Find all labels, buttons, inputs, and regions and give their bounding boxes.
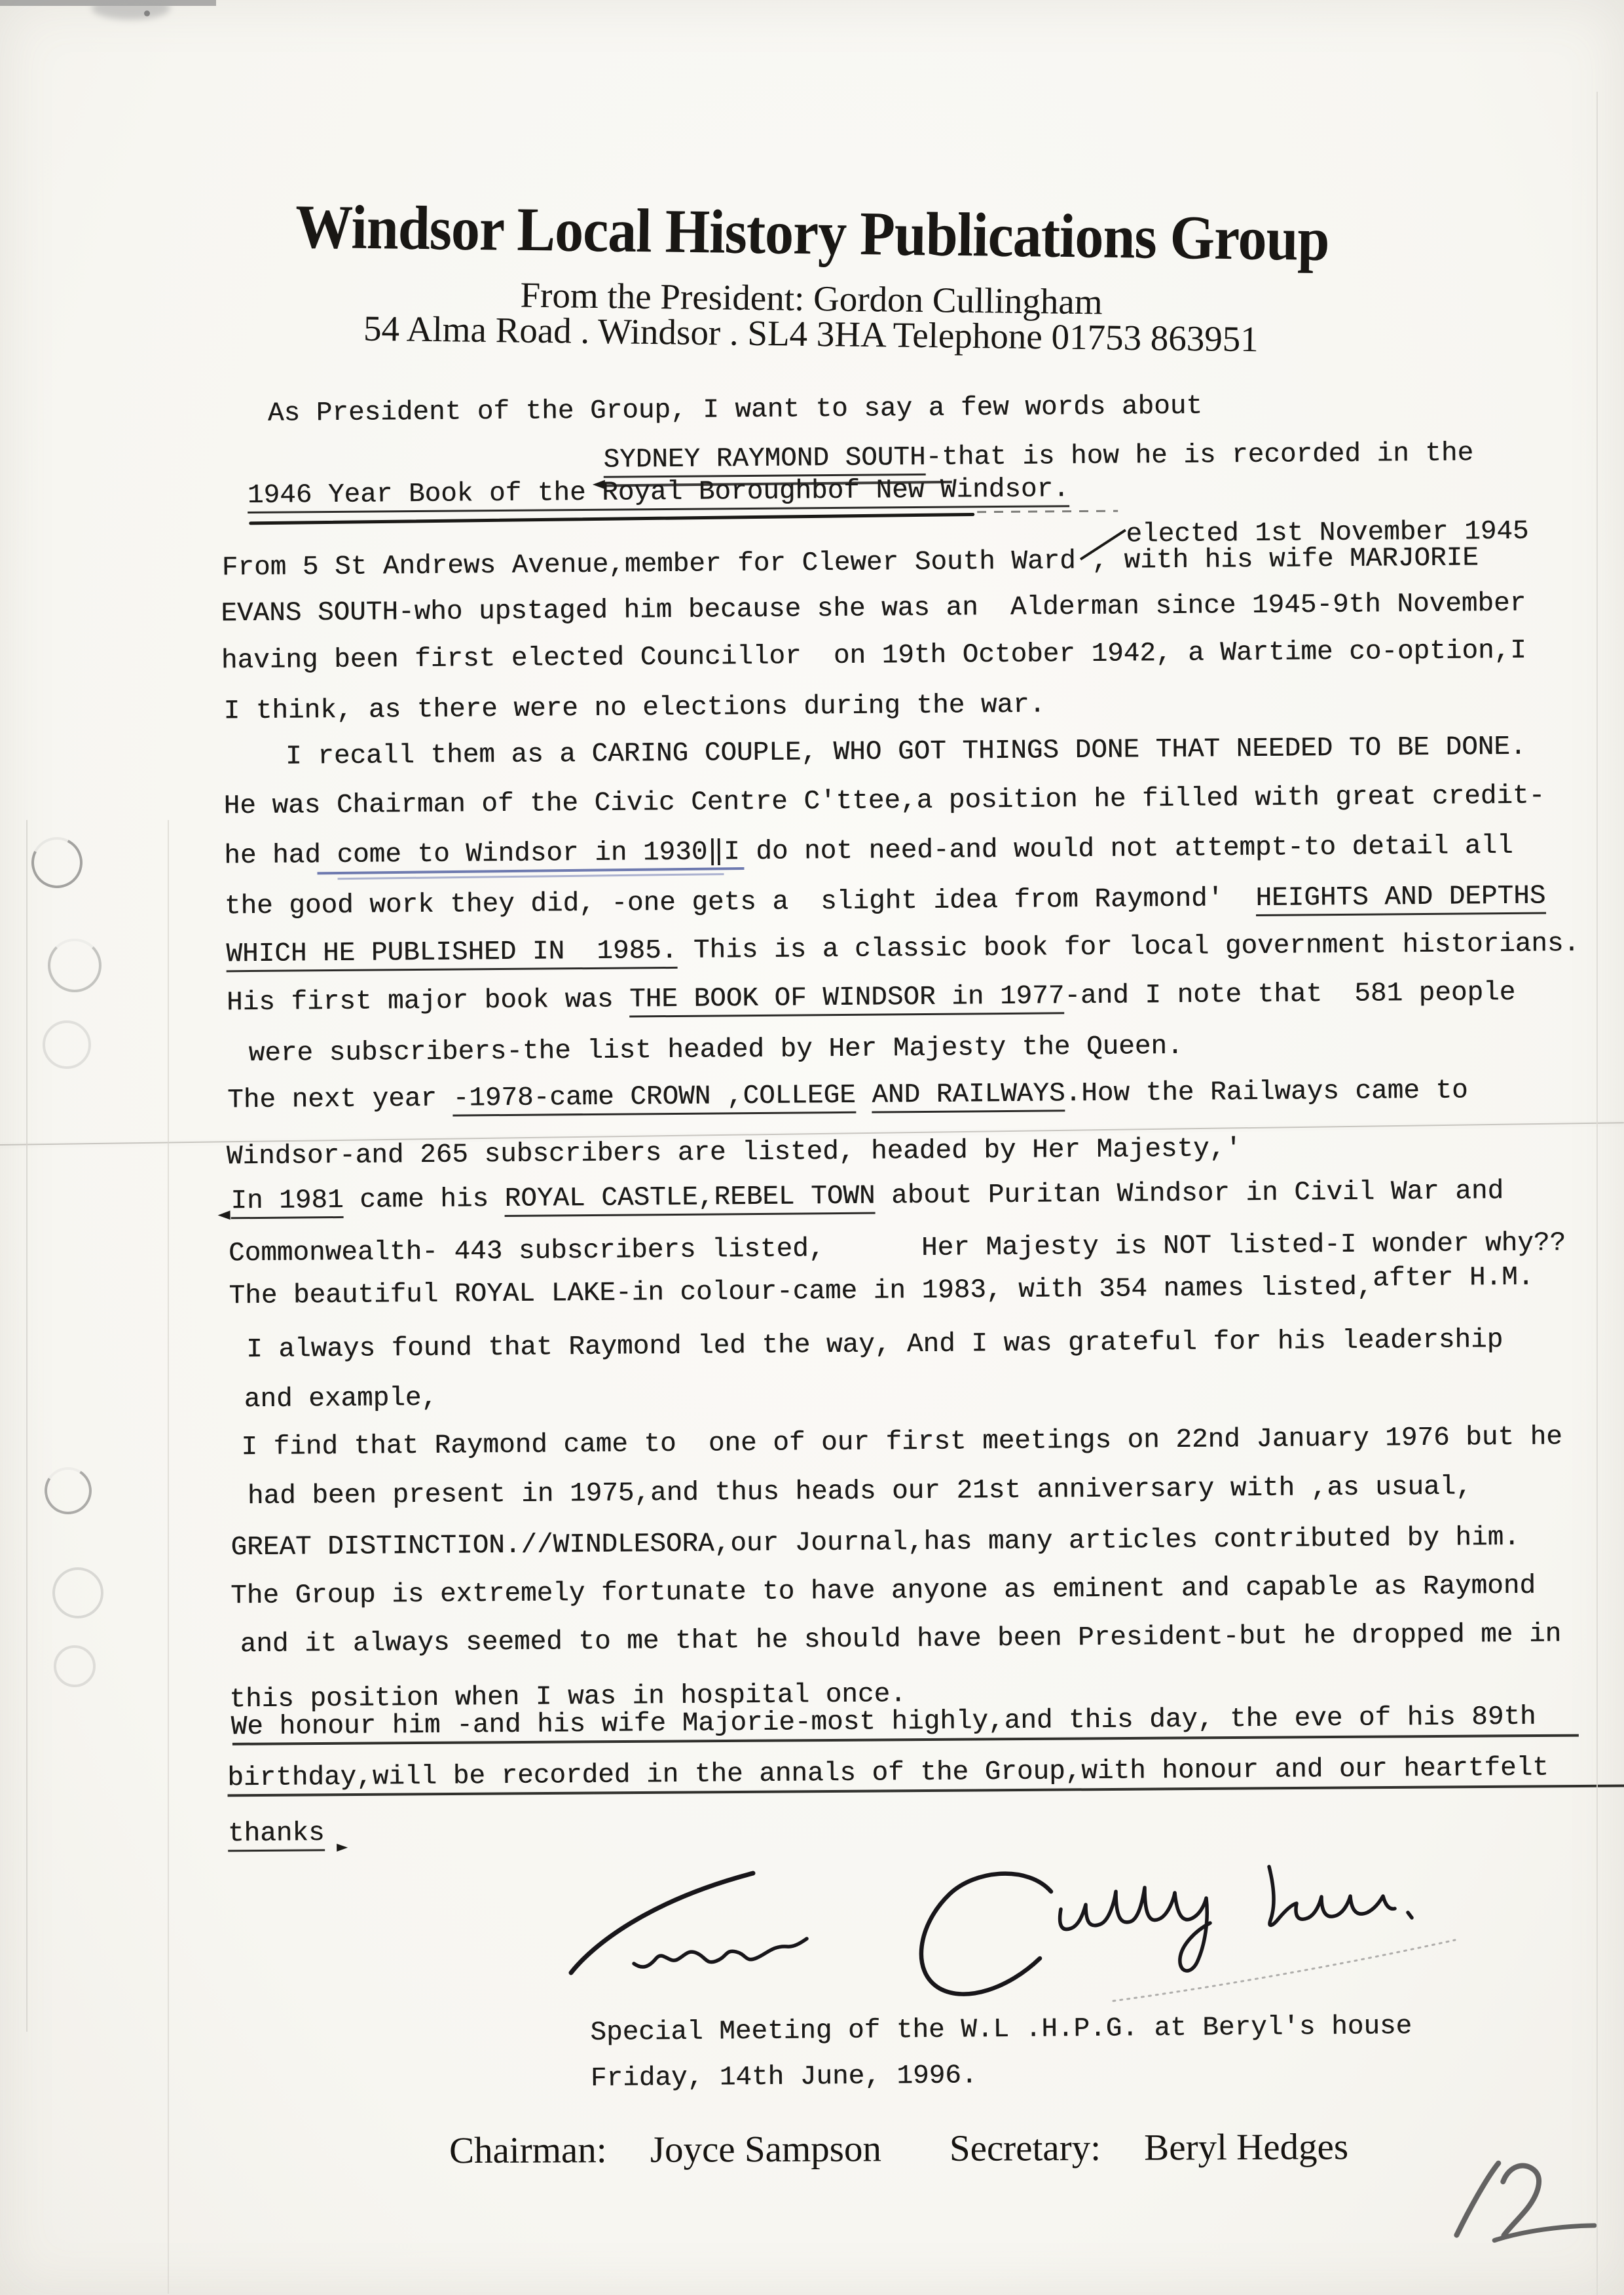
text-segment: -1978-came CROWN ,COLLEGE <box>452 1081 855 1117</box>
typed-line: Commonwealth- 443 subscribers listed, He… <box>229 1230 1566 1267</box>
handwritten-page-number <box>1438 2157 1605 2255</box>
typed-line: In 1981 came his ROYAL CASTLE,REBEL TOWN… <box>231 1178 1504 1215</box>
text-segment: EVANS SOUTH-who upstaged him because she… <box>221 589 1526 629</box>
text-segment: having been first elected Councillor on … <box>221 636 1526 677</box>
text-segment: thanks <box>228 1818 325 1852</box>
scan-right-edge-line <box>1596 92 1598 2295</box>
text-segment: Commonwealth- 443 subscribers listed, He… <box>229 1228 1566 1269</box>
hole-punch-mark <box>43 1020 91 1069</box>
hole-punch-mark <box>54 1645 96 1687</box>
officers-line: Chairman: Joyce SampsonSecretary: Beryl … <box>449 2125 1416 2172</box>
text-segment: His first major book was <box>227 984 629 1018</box>
text-segment: I think, as there were no elections duri… <box>223 690 1045 726</box>
text-segment: As President of the Group, I want to say… <box>268 392 1202 429</box>
text-segment: In 1981 <box>231 1185 344 1219</box>
text-segment: This is a classic book for local governm… <box>677 929 1579 966</box>
text-segment: From 5 St Andrews Avenue,member for Clew… <box>222 543 1479 583</box>
chairman-label: Chairman: <box>449 2129 607 2171</box>
text-segment: HEIGHTS AND DEPTHS <box>1255 882 1545 916</box>
pen-arrow-right-thanks <box>337 1844 348 1852</box>
text-segment: the good work they did, -one gets a slig… <box>225 884 1256 922</box>
text-segment <box>856 1081 872 1111</box>
chairman-name: Joyce Sampson <box>650 2128 881 2171</box>
hole-punch-mark <box>52 1567 103 1618</box>
typed-line: The Group is extremely fortunate to have… <box>231 1573 1536 1611</box>
closing-line-1: Special Meeting of the W.L .H.P.G. at Be… <box>590 2013 1412 2047</box>
typed-line: Windsor-and 265 subscribers are listed, … <box>227 1136 1242 1170</box>
text-segment: and it always seemed to me that he shoul… <box>240 1619 1562 1660</box>
text-segment: GREAT DISTINCTION.//WINDLESORA,our Journ… <box>231 1523 1520 1563</box>
text-segment: The Group is extremely fortunate to have… <box>231 1571 1536 1612</box>
text-segment: I find that Raymond came to one of our f… <box>241 1422 1562 1463</box>
scan-speck <box>144 10 150 16</box>
text-segment: 1946 Year Book of the Royal Boroughbof N… <box>248 474 1069 513</box>
text-segment: ROYAL CASTLE,REBEL TOWN <box>505 1182 876 1217</box>
closing-line-2: Friday, 14th June, 1996. <box>591 2062 978 2093</box>
pen-underline-1946-dashes <box>977 510 1118 513</box>
tape-patch-right-edge <box>168 820 169 2294</box>
typed-line: thanks <box>228 1820 325 1848</box>
typed-line: His first major book was THE BOOK OF WIN… <box>227 980 1516 1017</box>
typed-line: I always found that Raymond led the way,… <box>246 1327 1503 1364</box>
typed-line: I think, as there were no elections duri… <box>223 692 1045 725</box>
typed-line: 1946 Year Book of the Royal Boroughbof N… <box>248 476 1069 510</box>
typed-line: He was Chairman of the Civic Centre C'tt… <box>224 783 1545 821</box>
text-segment: were subscribers-the list headed by Her … <box>248 1032 1183 1069</box>
typed-line: From 5 St Andrews Avenue,member for Clew… <box>222 545 1479 582</box>
typed-line: and example, <box>244 1385 438 1413</box>
text-segment: The next year <box>227 1084 453 1116</box>
text-segment: and example, <box>244 1383 438 1415</box>
typed-line: I recall them as a CARING COUPLE, WHO GO… <box>286 734 1526 771</box>
text-segment: -and I note that 581 people <box>1064 978 1515 1011</box>
text-segment: he had come to Windsor in 1930‖I do not … <box>224 831 1513 871</box>
signature <box>557 1860 1473 2004</box>
text-segment: Special Meeting of the W.L .H.P.G. at Be… <box>590 2011 1412 2048</box>
secretary-label: Secretary: <box>950 2127 1101 2169</box>
typed-line: and it always seemed to me that he shoul… <box>240 1621 1562 1658</box>
typed-line: had been present in 1975,and thus heads … <box>248 1474 1472 1510</box>
typed-line: WHICH HE PUBLISHED IN 1985. This is a cl… <box>226 931 1579 968</box>
typed-line: he had come to Windsor in 1930‖I do not … <box>224 833 1513 870</box>
text-segment: He was Chairman of the Civic Centre C'tt… <box>224 781 1545 822</box>
typed-line: were subscribers-the list headed by Her … <box>248 1034 1183 1068</box>
text-segment: SYDNEY RAYMOND SOUTH <box>603 443 925 478</box>
typed-line: As President of the Group, I want to say… <box>268 394 1202 428</box>
pen-arrow-left-in-1981 <box>218 1210 231 1220</box>
text-segment: I recall them as a CARING COUPLE, WHO GO… <box>286 732 1526 772</box>
pen-underline-1946-yearbook <box>249 513 974 525</box>
typed-line: SYDNEY RAYMOND SOUTH-that is how he is r… <box>603 440 1473 474</box>
typed-line: having been first elected Councillor on … <box>221 638 1526 675</box>
typed-line: EVANS SOUTH-who upstaged him because she… <box>221 591 1526 628</box>
typed-line: The beautiful ROYAL LAKE-in colour-came … <box>229 1273 1534 1311</box>
text-segment: after H.M. <box>1373 1263 1534 1294</box>
secretary-name: Beryl Hedges <box>1144 2126 1348 2168</box>
text-segment: The beautiful ROYAL LAKE-in colour-came … <box>229 1273 1373 1312</box>
hole-punch-mark <box>48 939 101 992</box>
text-segment: about Puritan Windsor in Civil War and <box>875 1176 1504 1212</box>
text-segment: -that is how he is recorded in the <box>925 438 1473 473</box>
blue-pen-underline-2 <box>338 873 724 880</box>
typed-line: The next year -1978-came CROWN ,COLLEGE … <box>227 1077 1468 1114</box>
scanned-letter-page: Windsor Local History Publications Group… <box>0 0 1624 2295</box>
typed-line: I find that Raymond came to one of our f… <box>241 1424 1562 1461</box>
tape-patch-left-edge <box>26 820 28 2032</box>
text-segment: .How the Railways came to <box>1065 1075 1467 1109</box>
typed-line: GREAT DISTINCTION.//WINDLESORA,our Journ… <box>231 1525 1520 1561</box>
text-segment: had been present in 1975,and thus heads … <box>248 1472 1472 1512</box>
text-segment: THE BOOK OF WINDSOR in 1977 <box>629 981 1065 1017</box>
text-segment: Friday, 14th June, 1996. <box>591 2061 978 2094</box>
typed-line: the good work they did, -one gets a slig… <box>225 884 1546 921</box>
text-segment: AND RAILWAYS <box>872 1079 1065 1113</box>
text-segment: came his <box>343 1184 504 1216</box>
text-segment: WHICH HE PUBLISHED IN 1985. <box>226 936 677 972</box>
text-segment: I always found that Raymond led the way,… <box>246 1325 1503 1365</box>
